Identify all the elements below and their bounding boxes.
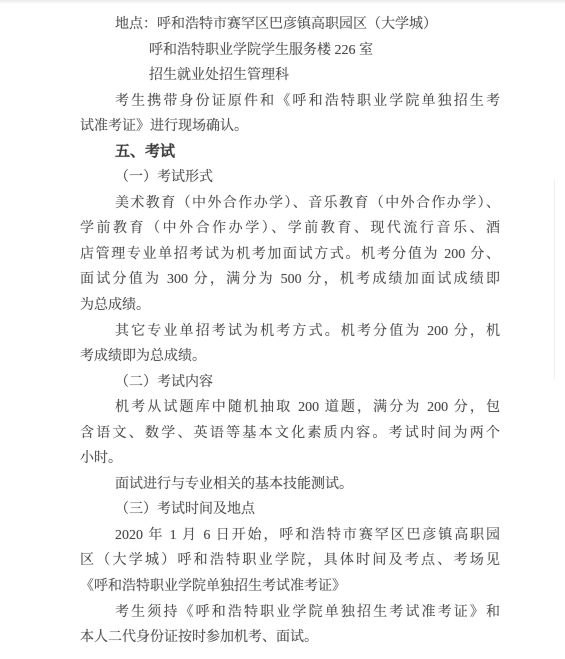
doc-line: 本人二代身份证按时参加机考、面试。 [80,625,500,651]
subsection-heading-exam-time-place: （三）考试时间及地点 [80,497,500,523]
doc-line-location: 地点：呼和浩特市赛罕区巴彦镇高职园区（大学城） [80,12,500,38]
subsection-heading-exam-content: （二）考试内容 [80,370,500,396]
doc-line: 含语文、数学、英语等基本文化素质内容。考试时间为两个 [80,421,500,447]
doc-line: 考生须持《呼和浩特职业学院单独招生考试准考证》和 [80,600,500,626]
doc-line: 小时。 [80,446,500,472]
doc-line: 区（大学城）呼和浩特职业学院，具体时间及考点、考场见 [80,548,500,574]
scan-edge-shadow [0,0,565,4]
doc-line-location-building: 呼和浩特职业学院学生服务楼 226 室 [80,38,500,64]
document-page: 地点：呼和浩特市赛罕区巴彦镇高职园区（大学城） 呼和浩特职业学院学生服务楼 22… [0,0,565,659]
doc-line: 美术教育（中外合作办学）、音乐教育（中外合作办学）、 [80,191,500,217]
doc-line: 考成绩即为总成绩。 [80,344,500,370]
doc-line: 学前教育（中外合作办学）、学前教育、现代流行音乐、酒 [80,216,500,242]
doc-line: 考生携带身份证原件和《呼和浩特职业学院单独招生考 [80,89,500,115]
document-body: 地点：呼和浩特市赛罕区巴彦镇高职园区（大学城） 呼和浩特职业学院学生服务楼 22… [80,12,500,651]
section-heading-exam: 五、考试 [80,140,500,166]
doc-line: 机考从试题库中随机抽取 200 道题，满分为 200 分，包 [80,395,500,421]
doc-line: 面试分值为 300 分，满分为 500 分，机考成绩加面试成绩即 [80,267,500,293]
doc-line: 为总成绩。 [80,293,500,319]
doc-line: 《呼和浩特职业学院单独招生考试准考证》 [80,574,500,600]
scan-fold-line [554,180,555,379]
subsection-heading-exam-format: （一）考试形式 [80,165,500,191]
doc-line: 试准考证》进行现场确认。 [80,114,500,140]
doc-line-location-office: 招生就业处招生管理科 [80,63,500,89]
doc-line: 面试进行与专业相关的基本技能测试。 [80,472,500,498]
doc-line: 店管理专业单招考试为机考加面试方式。机考分值为 200 分、 [80,242,500,268]
doc-line: 其它专业单招考试为机考方式。机考分值为 200 分，机 [80,319,500,345]
doc-line: 2020 年 1 月 6 日开始，呼和浩特市赛罕区巴彦镇高职园 [80,523,500,549]
